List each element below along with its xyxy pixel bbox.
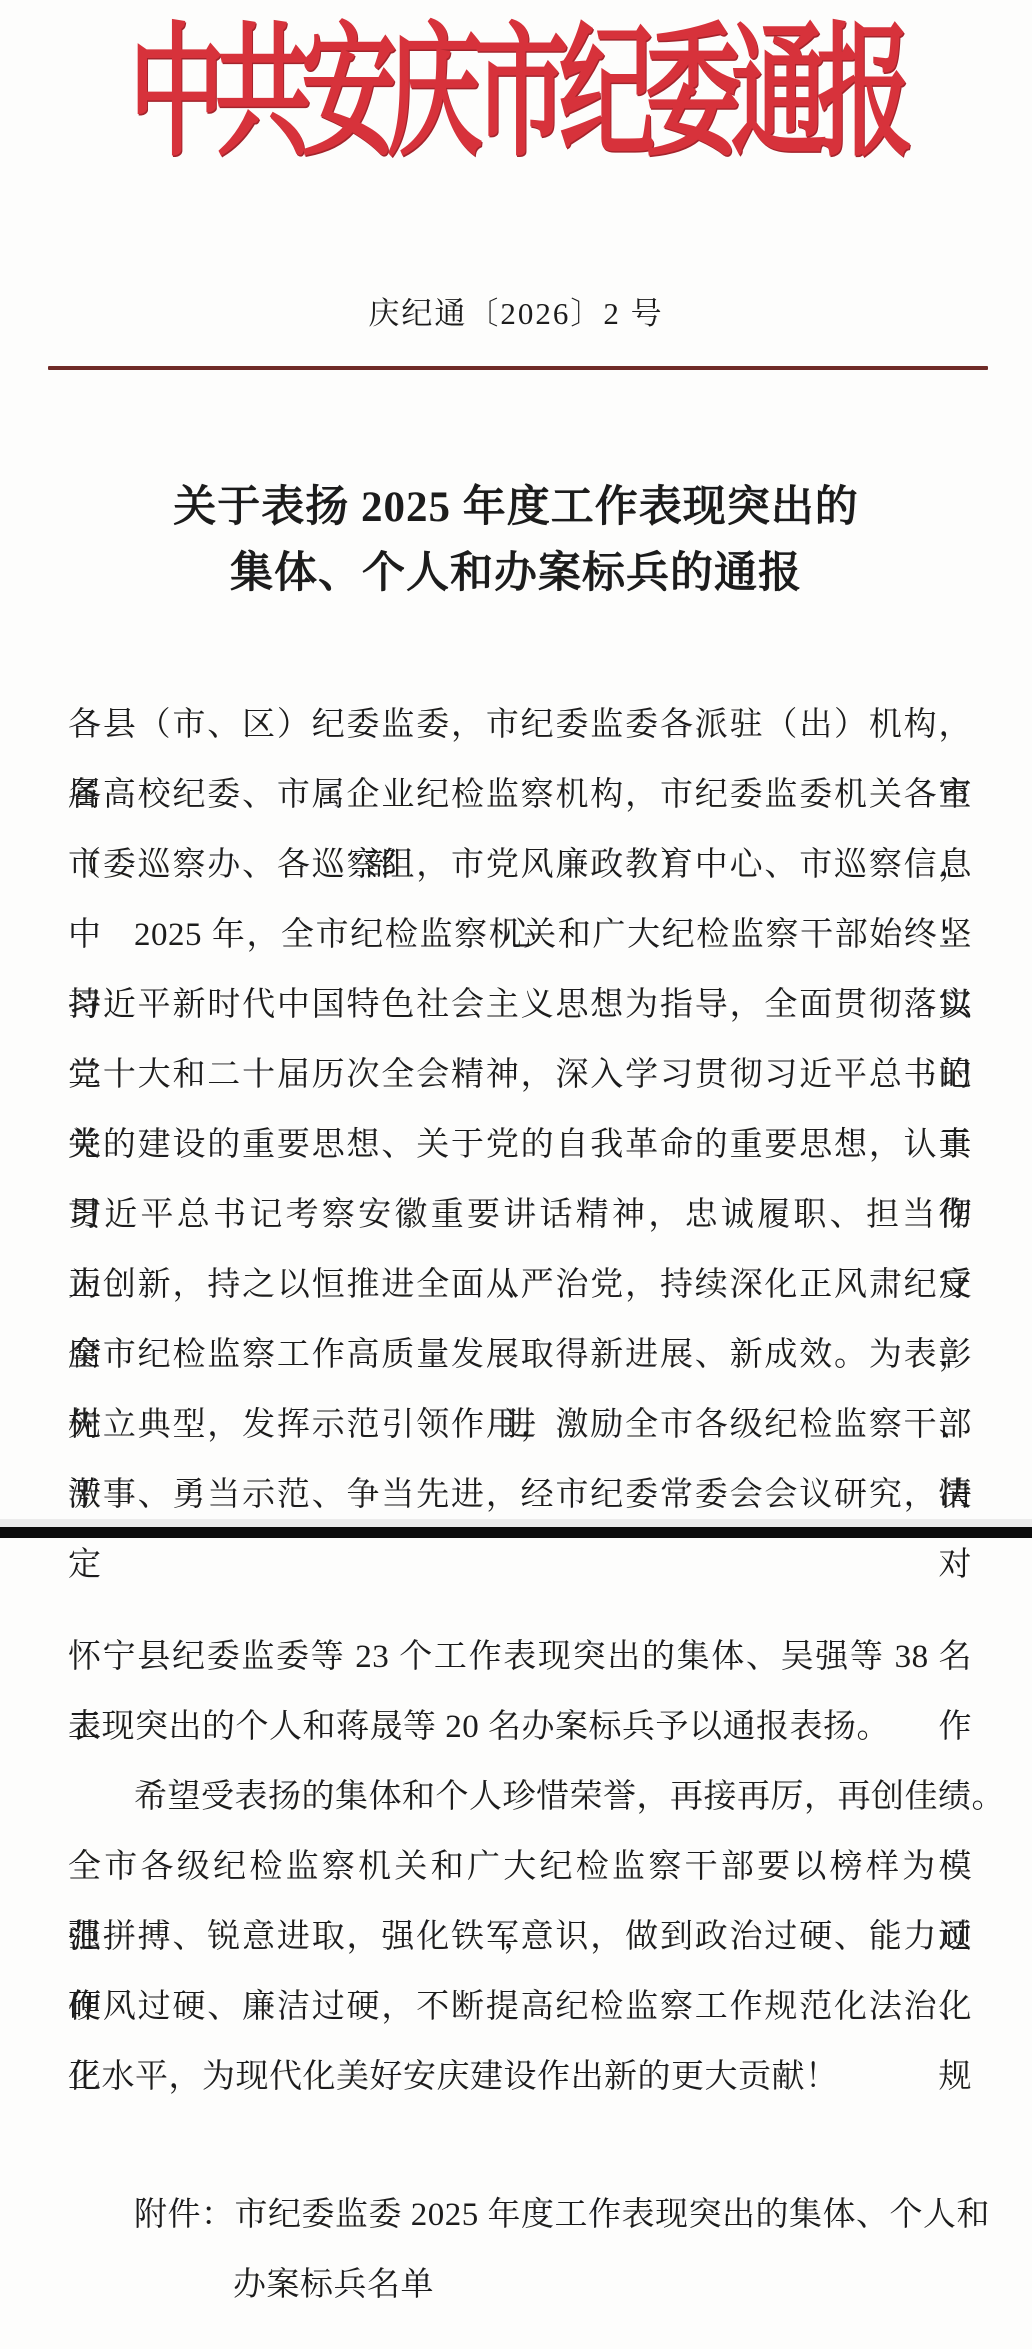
body-line: 党的建设的重要思想、关于党的自我革命的重要思想，认真贯彻 xyxy=(68,1110,972,1180)
body-line: 表现突出的个人和蒋晟等 20 名办案标兵予以通报表扬。 xyxy=(68,1692,972,1762)
body-line: 属高校纪委、市属企业纪检监察机构，市纪委监委机关各室（部）， xyxy=(68,760,972,830)
attachment-block: 附件：市纪委监委 2025 年度工作表现突出的集体、个人和 办案标兵名单 xyxy=(68,2180,972,2320)
document-number: 庆纪通〔2026〕2 号 xyxy=(0,288,1032,333)
page-break-shadow xyxy=(0,1519,1032,1527)
body-line: 树立典型，发挥示范引领作用，激励全市各级纪检监察干部激情 xyxy=(68,1390,972,1460)
body-line: 二十大和二十届历次全会精神，深入学习贯彻习近平总书记关于 xyxy=(68,1040,972,1110)
body-page-1: 各县（市、区）纪委监委，市纪委监委各派驻（出）机构，各市 属高校纪委、市属企业纪… xyxy=(68,690,972,1530)
masthead-title: 中共安庆市纪委通报 xyxy=(0,22,1032,166)
notice-title-line-1: 关于表扬 2025 年度工作表现突出的 xyxy=(0,486,1032,529)
body-page-2: 怀宁县纪委监委等 23 个工作表现突出的集体、吴强等 38 名工作 表现突出的个… xyxy=(68,1622,972,2112)
attachment-line-2: 办案标兵名单 xyxy=(68,2250,972,2320)
body-line: 2025 年，全市纪检监察机关和广大纪检监察干部始终坚持以 xyxy=(68,900,972,970)
body-line: 各县（市、区）纪委监委，市纪委监委各派驻（出）机构，各市 xyxy=(68,690,972,760)
body-line: 化水平，为现代化美好安庆建设作出新的更大贡献！ xyxy=(68,2042,972,2112)
body-line: 全市纪检监察工作高质量发展取得新进展、新成效。为表彰先进、 xyxy=(68,1320,972,1390)
body-line: 作风过硬、廉洁过硬，不断提高纪检监察工作规范化法治化正规 xyxy=(68,1972,972,2042)
body-line: 希望受表扬的集体和个人珍惜荣誉，再接再厉，再创佳绩。 xyxy=(68,1762,972,1832)
body-line: 怀宁县纪委监委等 23 个工作表现突出的集体、吴强等 38 名工作 xyxy=(68,1622,972,1692)
notice-title-line-2: 集体、个人和办案标兵的通报 xyxy=(0,552,1032,595)
page-break-divider xyxy=(0,1527,1032,1538)
body-line: 习近平新时代中国特色社会主义思想为指导，全面贯彻落实党的 xyxy=(68,970,972,1040)
body-line: 习近平总书记考察安徽重要讲话精神，忠诚履职、担当作为、守 xyxy=(68,1180,972,1250)
body-line: 强拼搏、锐意进取，强化铁军意识，做到政治过硬、能力过硬、 xyxy=(68,1902,972,1972)
body-line: 市委巡察办、各巡察组，市党风廉政教育中心、市巡察信息中心： xyxy=(68,830,972,900)
body-line: 正创新，持之以恒推进全面从严治党，持续深化正风肃纪反腐， xyxy=(68,1250,972,1320)
notice-document-page: 中共安庆市纪委通报 庆纪通〔2026〕2 号 关于表扬 2025 年度工作表现突… xyxy=(0,0,1032,2349)
body-line: 全市各级纪检监察机关和广大纪检监察干部要以榜样为模范，顽 xyxy=(68,1832,972,1902)
masthead-rule xyxy=(48,366,988,370)
attachment-line-1: 附件：市纪委监委 2025 年度工作表现突出的集体、个人和 xyxy=(68,2180,972,2250)
